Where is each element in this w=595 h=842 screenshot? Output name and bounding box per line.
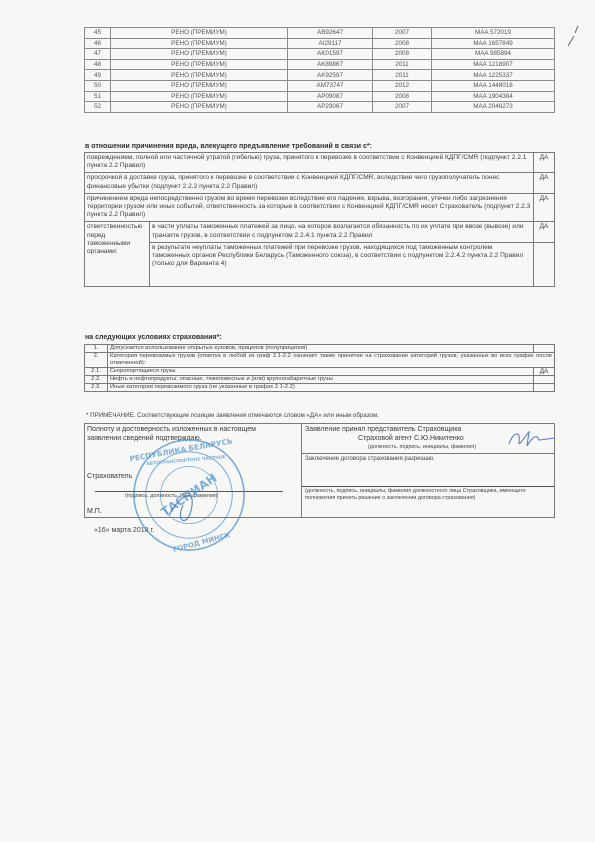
table-row: 46РЕНО (ПРЕМИУМ)AI291172008MAA 1657849 <box>85 38 555 49</box>
claim-mark: ДА <box>534 153 555 173</box>
condition-text: Допускается использование открытых кузов… <box>108 345 534 353</box>
vehicle-plate: AK01597 <box>288 49 373 60</box>
claim-text: причинением вреда непосредственно грузом… <box>85 193 534 222</box>
vehicle-model: РЕНО (ПРЕМИУМ) <box>111 80 288 91</box>
table-row: 52РЕНО (ПРЕМИУМ)AP290672007MAA 2046273 <box>85 102 555 113</box>
vehicle-plate: AK89867 <box>288 59 373 70</box>
claim-text: повреждением, полной или частичной утрат… <box>85 153 534 173</box>
vehicle-vin: MAA 985894 <box>432 49 555 60</box>
vehicle-year: 2008 <box>373 49 432 60</box>
claim-text: просрочкой в доставке груза, принятого к… <box>85 173 534 193</box>
table-row: 48РЕНО (ПРЕМИУМ)AK898672011MAA 1218907 <box>85 59 555 70</box>
conditions-table: 1. Допускается использование открытых ку… <box>84 344 555 392</box>
claim-mark: ДА <box>534 193 555 222</box>
vehicle-vin: MAA 1448018 <box>432 80 555 91</box>
claim-mark: ДА <box>534 222 555 242</box>
claim-row: просрочкой в доставке груза, принятого к… <box>85 173 555 193</box>
vehicle-plate: AP29067 <box>288 102 373 113</box>
document-page: 45РЕНО (ПРЕМИУМ)AB926472007MAA 572019 46… <box>0 0 595 842</box>
claim-mark <box>534 242 555 286</box>
condition-number: 2.3. <box>85 384 108 392</box>
divider <box>302 453 554 454</box>
condition-mark: ДА <box>534 368 555 376</box>
vehicle-model: РЕНО (ПРЕМИУМ) <box>111 70 288 81</box>
claim-row: ответственностью перед таможенными орган… <box>85 222 555 242</box>
agent-signature-icon <box>505 428 557 450</box>
claim-mark: ДА <box>534 173 555 193</box>
agent-name: Страховой агент С.Ю.Никитенко <box>358 434 464 443</box>
vehicle-model: РЕНО (ПРЕМИУМ) <box>111 102 288 113</box>
claim-text: в результате неуплаты таможенных платеже… <box>150 242 534 286</box>
permit-caption: (должность, подпись, инициалы, фамилия д… <box>305 488 545 502</box>
agent-caption: (должность, подпись, инициалы, фамилия) <box>368 444 476 451</box>
vehicle-year: 2007 <box>373 102 432 113</box>
vehicle-table: 45РЕНО (ПРЕМИУМ)AB926472007MAA 572019 46… <box>84 27 555 113</box>
permit-signature-line <box>302 486 554 487</box>
condition-mark <box>534 345 555 353</box>
condition-number: 1. <box>85 345 108 353</box>
table-row: 47РЕНО (ПРЕМИУМ)AK015972008MAA 985894 <box>85 49 555 60</box>
table-row: 49РЕНО (ПРЕМИУМ)AK925972011MAA 1225337 <box>85 70 555 81</box>
condition-number: 2. <box>85 353 108 368</box>
accepted-statement: Заявление принял представитель Страховщи… <box>305 425 461 434</box>
vehicle-plate: AK92597 <box>288 70 373 81</box>
row-number: 49 <box>85 70 111 81</box>
vehicle-vin: MAA 1225337 <box>432 70 555 81</box>
vehicle-year: 2007 <box>373 28 432 39</box>
condition-row: 2.2. Нефть и нефтепродукты; опасные, тяж… <box>85 376 555 384</box>
insured-label: Страхователь <box>87 472 132 481</box>
vehicle-plate: AM73747 <box>288 80 373 91</box>
row-number: 50 <box>85 80 111 91</box>
claim-row: повреждением, полной или частичной утрат… <box>85 153 555 173</box>
claims-table: повреждением, полной или частичной утрат… <box>84 152 555 287</box>
vehicle-year: 2012 <box>373 80 432 91</box>
row-number: 45 <box>85 28 111 39</box>
condition-text: Иные категории перевозимого груза (не ук… <box>108 384 534 392</box>
vehicle-vin: MAA 2046273 <box>432 102 555 113</box>
vehicle-model: РЕНО (ПРЕМИУМ) <box>111 28 288 39</box>
vehicle-model: РЕНО (ПРЕМИУМ) <box>111 91 288 102</box>
seal-label: М.П. <box>87 507 102 516</box>
row-number: 46 <box>85 38 111 49</box>
vehicle-year: 2011 <box>373 70 432 81</box>
vehicle-year: 2011 <box>373 59 432 70</box>
condition-number: 2.2. <box>85 376 108 384</box>
vehicle-plate: AI29117 <box>288 38 373 49</box>
vehicle-vin: MAA 1904384 <box>432 91 555 102</box>
company-seal-icon: РЕСПУБЛИКА БЕЛАРУСЬ АВТОТРАНСПОРТНОЕ ЧАС… <box>130 436 248 554</box>
condition-row: 2.3. Иные категории перевозимого груза (… <box>85 384 555 392</box>
claim-text: в части уплаты таможенных платежей за ли… <box>150 222 534 242</box>
conditions-heading: на следующих условиях страхования*: <box>85 334 222 341</box>
svg-text:ТАСПИАН: ТАСПИАН <box>158 471 219 520</box>
vehicle-vin: MAA 1218907 <box>432 59 555 70</box>
claim-row: в результате неуплаты таможенных платеже… <box>85 242 555 286</box>
vehicle-year: 2008 <box>373 91 432 102</box>
margin-mark-icon <box>566 24 580 48</box>
table-row: 51РЕНО (ПРЕМИУМ)AP090872008MAA 1904384 <box>85 91 555 102</box>
claim-row: причинением вреда непосредственно грузом… <box>85 193 555 222</box>
footnote: * ПРИМЕЧАНИЕ. Соответствующие позиции за… <box>86 412 379 419</box>
condition-mark <box>534 376 555 384</box>
vehicle-model: РЕНО (ПРЕМИУМ) <box>111 38 288 49</box>
row-number: 52 <box>85 102 111 113</box>
vehicle-model: РЕНО (ПРЕМИУМ) <box>111 49 288 60</box>
row-number: 48 <box>85 59 111 70</box>
condition-row: 2.1. Скоропортящиеся грузы ДА <box>85 368 555 376</box>
condition-row: 1. Допускается использование открытых ку… <box>85 345 555 353</box>
vehicle-vin: MAA 1657849 <box>432 38 555 49</box>
condition-text: Скоропортящиеся грузы <box>108 368 534 376</box>
permit-statement: Заключение договора страхования разрешаю… <box>305 456 435 463</box>
vehicle-model: РЕНО (ПРЕМИУМ) <box>111 59 288 70</box>
vehicle-year: 2008 <box>373 38 432 49</box>
vehicle-vin: MAA 572019 <box>432 28 555 39</box>
svg-text:ГОРОД МИНСК: ГОРОД МИНСК <box>172 531 231 554</box>
row-number: 51 <box>85 91 111 102</box>
vehicle-plate: AB92647 <box>288 28 373 39</box>
table-row: 45РЕНО (ПРЕМИУМ)AB926472007MAA 572019 <box>85 28 555 39</box>
condition-text: Нефть и нефтепродукты; опасные, тяжелове… <box>108 376 534 384</box>
claims-heading: в отношении причинения вреда, влекущего … <box>85 143 372 150</box>
table-row: 50РЕНО (ПРЕМИУМ)AM737472012MAA 1448018 <box>85 80 555 91</box>
condition-number: 2.1. <box>85 368 108 376</box>
condition-text: Категория перевозимых грузов (отметка в … <box>108 353 555 368</box>
condition-row: 2. Категория перевозимых грузов (отметка… <box>85 353 555 368</box>
condition-mark <box>534 384 555 392</box>
customs-label: ответственностью перед таможенными орган… <box>85 222 150 286</box>
vehicle-plate: AP09087 <box>288 91 373 102</box>
row-number: 47 <box>85 49 111 60</box>
